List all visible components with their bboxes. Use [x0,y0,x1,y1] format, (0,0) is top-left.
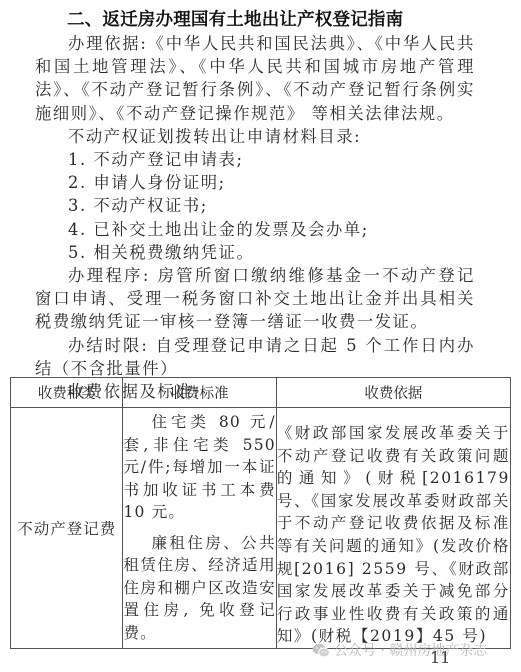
document-page: 二、返迁房办理国有土地出让产权登记指南 办理依据:《中华人民共和国民法典》、《中… [0,0,521,672]
section-title: 二、返迁房办理国有土地出让产权登记指南 [67,8,403,32]
fee-standard-text: 住宅类 80 元/套,非住宅类 550 元/件;每增加一本证书加收证书工本费 1… [123,411,275,524]
header-fee-basis: 收费依据 [276,378,510,408]
material-item: 1. 不动产登记申请表; [35,148,475,171]
material-item: 2. 申请人身份证明; [35,171,475,194]
material-item: 3. 不动产权证书; [35,194,475,217]
fee-basis-text: 《财政部国家发展改革委关于不动产登记收费有关政策问题的通知》(财税[201617… [277,422,510,648]
fee-exemption-text: 廉租住房、公共租赁住房、经济适用住房和棚户区改造安置住房, 免收登记费。 [123,532,275,645]
fee-basis-cell: 《财政部国家发展改革委关于不动产登记收费有关政策问题的通知》(财税[201617… [276,408,510,649]
body-text: 办理依据:《中华人民共和国民法典》、《中华人民共和国土地管理法》、《中华人民共和… [35,32,475,403]
material-item: 4. 已补交土地出让金的发票及会办单; [35,218,475,241]
fee-table: 收费种类 收费标准 收费依据 不动产登记费 住宅类 80 元/套,非住宅类 55… [10,377,511,649]
header-fee-type: 收费种类 [11,378,123,408]
time-limit-paragraph: 办结时限: 自受理登记申请之日起 5 个工作日内办结（不含批量件） [35,334,475,380]
fee-type-cell: 不动产登记费 [11,408,123,649]
wechat-icon [312,643,330,658]
fee-table-header-row: 收费种类 收费标准 收费依据 [11,378,511,408]
page-number: 11 [430,648,450,667]
fee-standard-cell: 住宅类 80 元/套,非住宅类 550 元/件;每增加一本证书加收证书工本费 1… [123,408,276,649]
watermark-text: 公众号 · 赣州房地产杂志 [334,640,487,660]
table-row: 不动产登记费 住宅类 80 元/套,非住宅类 550 元/件;每增加一本证书加收… [11,408,511,649]
material-item: 5. 相关税费缴纳凭证。 [35,241,475,264]
procedure-paragraph: 办理程序: 房管所窗口缴纳维修基金一不动产登记窗口申请、受理一税务窗口补交土地出… [35,264,475,334]
legal-basis-paragraph: 办理依据:《中华人民共和国民法典》、《中华人民共和国土地管理法》、《中华人民共和… [35,32,475,125]
watermark: 公众号 · 赣州房地产杂志 [312,640,487,660]
header-fee-standard: 收费标准 [123,378,276,408]
materials-heading: 不动产权证划拨转出让申请材料目录: [35,125,475,148]
